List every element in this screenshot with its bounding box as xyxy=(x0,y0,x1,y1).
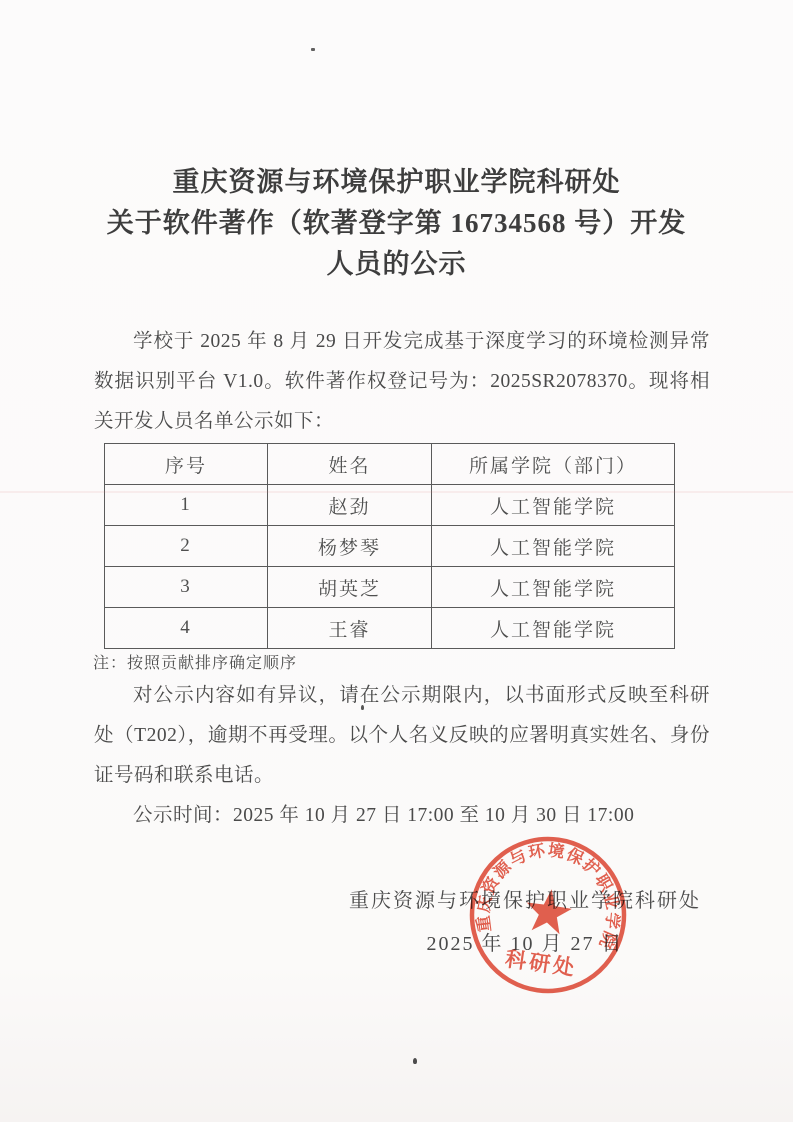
document-page: 重庆资源与环境保护职业学院科研处 关于软件著作（软著登字第 16734568 号… xyxy=(0,0,793,1122)
table-cell: 人工智能学院 xyxy=(432,526,675,567)
table-cell: 王睿 xyxy=(268,608,432,649)
table-cell: 4 xyxy=(105,608,268,649)
table-row: 3胡英芝人工智能学院 xyxy=(105,567,675,608)
scan-speck xyxy=(413,1058,417,1064)
col-header-index: 序号 xyxy=(105,444,268,485)
table-cell: 胡英芝 xyxy=(268,567,432,608)
scan-speck xyxy=(361,705,364,710)
title-line-1: 重庆资源与环境保护职业学院科研处 xyxy=(55,162,738,203)
signature-date: 2025 年 10 月 27 日 xyxy=(348,923,702,966)
table-header-row: 序号 姓名 所属学院（部门） xyxy=(105,444,675,485)
table-cell: 人工智能学院 xyxy=(432,567,675,608)
table-row: 2杨梦琴人工智能学院 xyxy=(105,526,675,567)
scan-speck xyxy=(311,48,315,51)
document-title: 重庆资源与环境保护职业学院科研处 关于软件著作（软著登字第 16734568 号… xyxy=(55,162,738,285)
table-cell: 杨梦琴 xyxy=(268,526,432,567)
col-header-name: 姓名 xyxy=(268,444,432,485)
table-note: 注：按照贡献排序确定顺序 xyxy=(93,650,297,673)
signature-org: 重庆资源与环境保护职业学院科研处 xyxy=(348,880,702,923)
title-line-2: 关于软件著作（软著登字第 16734568 号）开发 xyxy=(55,203,738,244)
developers-table: 序号 姓名 所属学院（部门） 1赵劲人工智能学院2杨梦琴人工智能学院3胡英芝人工… xyxy=(104,443,675,649)
title-line-3: 人员的公示 xyxy=(55,244,738,285)
intro-paragraph: 学校于 2025 年 8 月 29 日开发完成基于深度学习的环境检测异常数据识别… xyxy=(94,322,710,442)
table-cell: 2 xyxy=(105,526,268,567)
col-header-department: 所属学院（部门） xyxy=(432,444,675,485)
table-cell: 人工智能学院 xyxy=(432,608,675,649)
objection-paragraph: 对公示内容如有异议，请在公示期限内，以书面形式反映至科研处（T202），逾期不再… xyxy=(94,676,710,796)
signature-block: 重庆资源与环境保护职业学院科研处 2025 年 10 月 27 日 xyxy=(348,880,702,966)
table-row: 4王睿人工智能学院 xyxy=(105,608,675,649)
publicity-time: 公示时间：2025 年 10 月 27 日 17:00 至 10 月 30 日 … xyxy=(94,796,710,836)
table-cell: 3 xyxy=(105,567,268,608)
scanner-artifact-line xyxy=(0,491,793,493)
